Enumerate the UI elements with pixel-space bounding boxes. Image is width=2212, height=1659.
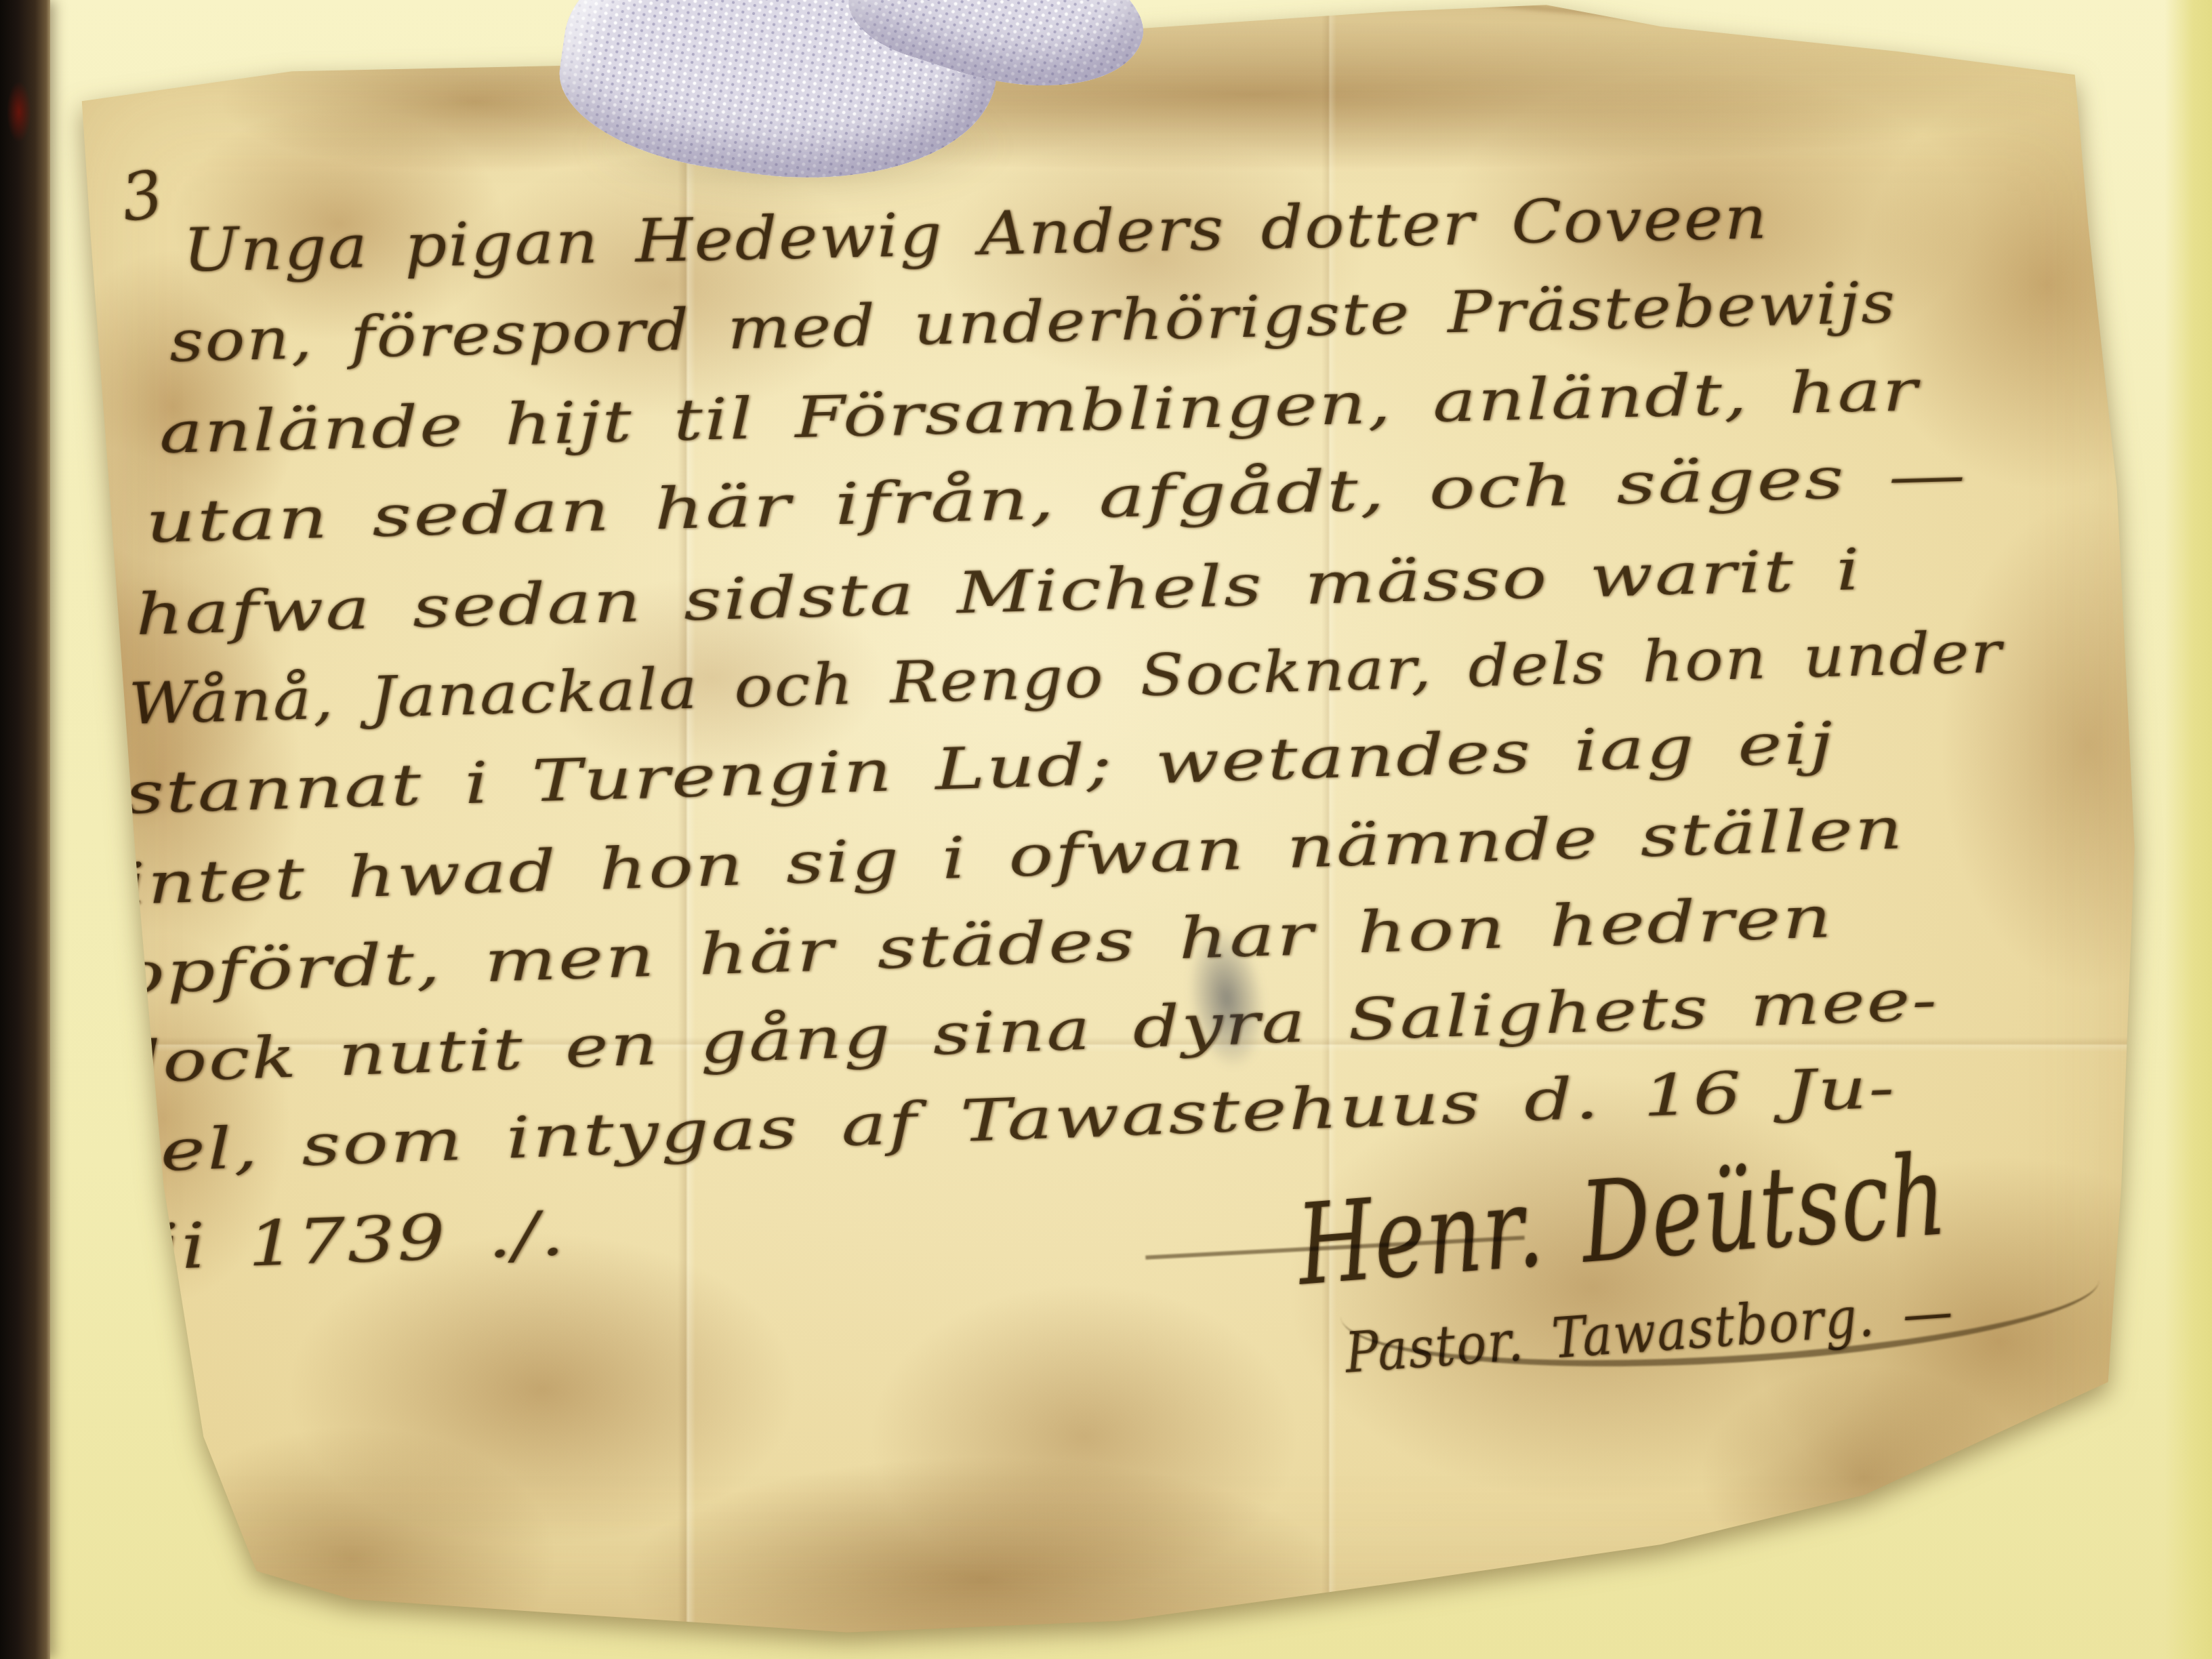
photo-canvas: 3 Unga pigan Hedewig Anders dotter Covee… [0, 0, 2212, 1659]
manuscript-paper: 3 Unga pigan Hedewig Anders dotter Covee… [0, 0, 2212, 1659]
manuscript-paper-wrap: 3 Unga pigan Hedewig Anders dotter Covee… [0, 0, 2212, 1659]
handwritten-line: nii 1739 ./. [104, 1200, 486, 1285]
